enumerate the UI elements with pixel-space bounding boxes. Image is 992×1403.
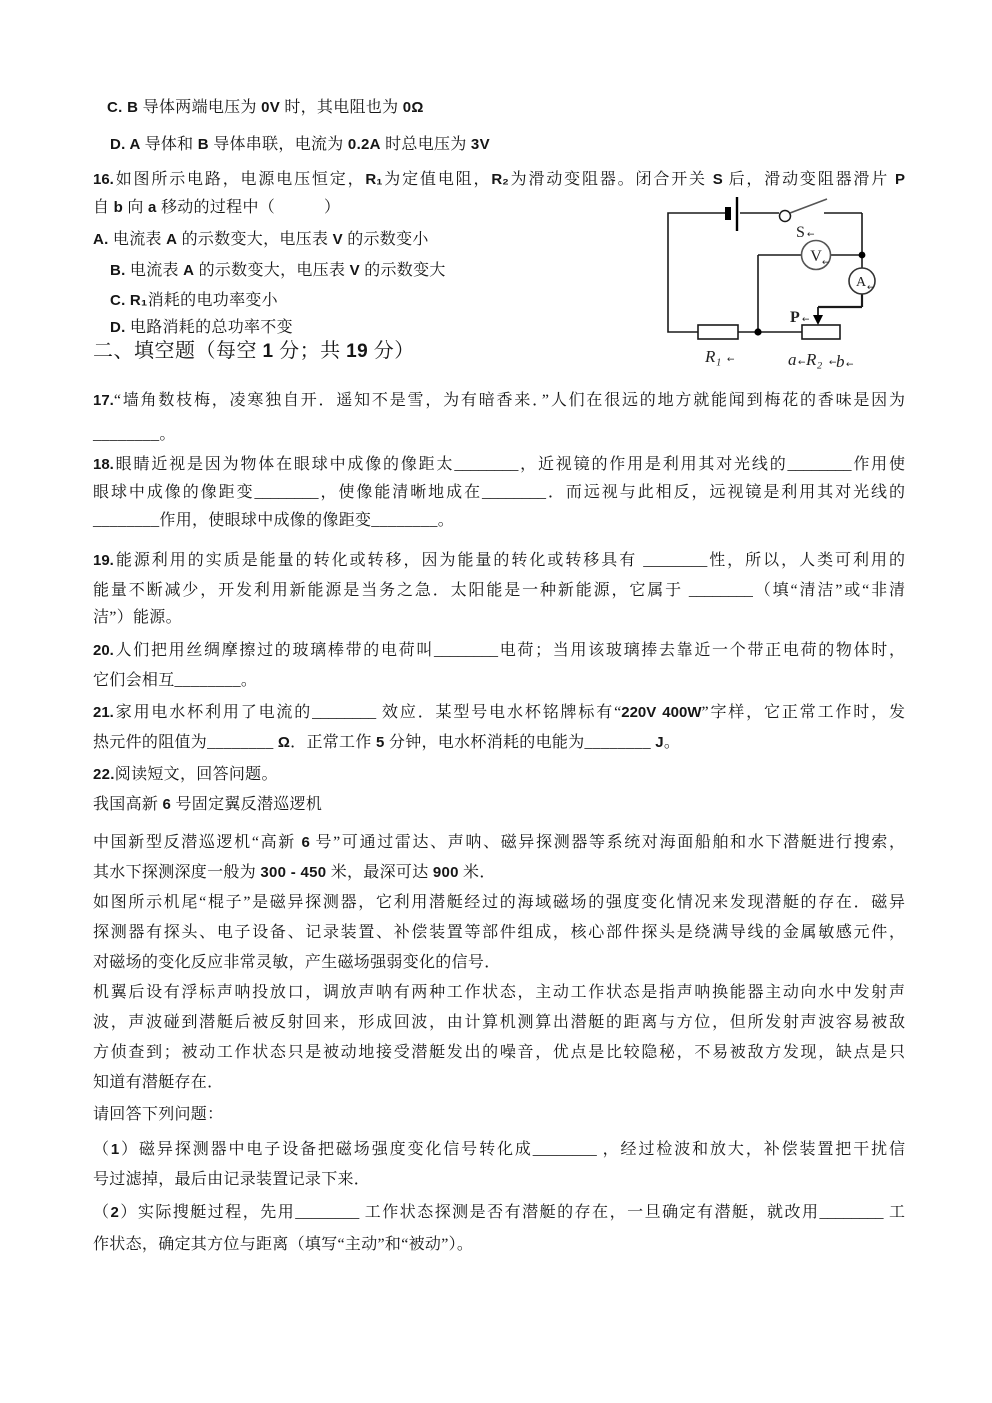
circuit-diagram: S ← V ← A ← P ← R₁ ← a ← R₂ ← b ← [650, 193, 902, 378]
q15-option-c: C. B 导体两端电压为 0V 时，其电阻也为 0Ω [107, 96, 424, 119]
q19-line3: 洁”）能源。 [93, 606, 182, 629]
q22-para3-line1: 机翼后设有浮标声呐投放口，调放声呐有两种工作状态，主动工作状态是指声呐换能器主动… [93, 981, 905, 1004]
q21-line2: 热元件的阻值为________ Ω．正常工作 5 分钟，电水杯消耗的电能为___… [93, 731, 680, 754]
q22-para1-line1: 中国新型反潜巡逻机“高新 6 号”可通过雷达、声呐、磁异探测器等系统对海面船舶和… [93, 831, 905, 854]
terminal-b-label: b [836, 352, 845, 371]
return-mark-icon: ← [807, 230, 815, 240]
return-mark-icon: ← [798, 358, 806, 368]
resistor2-label: R₂ [805, 350, 822, 369]
q16-option-d: D. 电路消耗的总功率不变 [110, 316, 293, 339]
return-mark-icon: ← [727, 355, 735, 365]
q16-option-c: C. R₁消耗的电功率变小 [110, 289, 278, 312]
q22-para3-line3: 方侦查到；被动工作状态只是被动地接受潜艇发出的噪音，优点是比较隐秘，不易被敌方发… [93, 1041, 905, 1064]
slider-arrow-icon [813, 315, 823, 325]
battery-symbol [725, 197, 737, 231]
q21-line1: 21.家用电水杯利用了电流的________ 效应．某型号电水杯铭牌标有“220… [93, 701, 905, 724]
q17-line1: 17.“墙角数枝梅，凌寒独自开．遥知不是雪，为有暗香来．”人们在很远的地方就能闻… [93, 389, 905, 412]
junction-dot [754, 328, 761, 335]
section2-heading: 二、填空题（每空 1 分；共 19 分） [93, 340, 415, 363]
q22-para1-line2: 其水下探测深度一般为 300 - 450 米，最深可达 900 米． [93, 861, 496, 884]
q16-option-b: B. 电流表 A 的示数变大，电压表 V 的示数变大 [110, 259, 446, 282]
q16-stem-line2: 自 b 向 a 移动的过程中（ ） [93, 196, 340, 219]
exam-document-page: C. B 导体两端电压为 0V 时，其电阻也为 0Ω D. A 导体和 B 导体… [0, 0, 992, 1403]
q19-line1: 19.能源利用的实质是能量的转化或转移，因为能量的转化或转移具有 _______… [93, 549, 905, 572]
return-mark-icon: ← [867, 283, 875, 293]
switch-label: S [796, 224, 805, 241]
q15-option-d: D. A 导体和 B 导体串联，电流为 0.2A 时总电压为 3V [110, 133, 490, 156]
resistor1-label: R₁ [704, 347, 721, 366]
q22-prompt: 请回答下列问题： [93, 1103, 223, 1126]
wire-left [668, 213, 725, 332]
switch-symbol [780, 199, 828, 222]
q22-intro: 22.阅读短文，回答问题。 [93, 763, 278, 786]
voltmeter-label: V [810, 248, 822, 265]
q22-para3-line4: 知道有潜艇存在． [93, 1071, 223, 1094]
rheostat-r2 [802, 325, 840, 339]
q19-line2: 能量不断减少，开发利用新能源是当务之急．太阳能是一种新能源，它属于 ______… [93, 579, 905, 602]
q18-line3: ________作用，使眼球中成像的像距变________。 [93, 509, 454, 532]
q18-line1: 18.眼睛近视是因为物体在眼球中成像的像距太________，近视镜的作用是利用… [93, 453, 905, 476]
junction-dot [859, 252, 866, 259]
q20-line1: 20.人们把用丝绸摩擦过的玻璃棒带的电荷叫________电荷；当用该玻璃捧去靠… [93, 639, 905, 662]
ammeter-label: A [856, 275, 867, 290]
slider-label: P [790, 309, 800, 326]
q17-line2: ________。 [93, 423, 176, 446]
q20-line2: 它们会相互________。 [93, 669, 257, 692]
q22-sub2-line2: 作状态，确定其方位与距离（填写“主动”和“被动”）。 [93, 1233, 473, 1256]
q16-option-a: A. 电流表 A 的示数变大，电压表 V 的示数变小 [93, 228, 429, 251]
return-mark-icon: ← [846, 360, 854, 370]
q22-para2-line1: 如图所示机尾“棍子”是磁异探测器，它利用潜艇经过的海域磁场的强度变化情况来发现潜… [93, 891, 905, 914]
return-mark-icon: ← [822, 258, 830, 268]
q22-sub2-line1: （2）实际搜艇过程，先用________ 工作状态探测是否有潜艇的存在，一旦确定… [93, 1201, 905, 1224]
q18-line2: 眼球中成像的像距变________，使像能清晰地成在________．而远视与此… [93, 481, 905, 504]
q22-sub1-line1: （1）磁异探测器中电子设备把磁场强度变化信号转化成________ ，经过检波和… [93, 1138, 905, 1161]
q22-para3-line2: 波，声波碰到潜艇后被反射回来，形成回波，由计算机测算出潜艇的距离与方位，但所发射… [93, 1011, 905, 1034]
q22-para2-line2: 探测器有探头、电子设备、记录装置、补偿装置等部件组成，核心部件探头是绕满导线的金… [93, 921, 905, 944]
return-mark-icon: ← [802, 315, 810, 325]
terminal-a-label: a [788, 350, 797, 369]
q16-stem-line1: 16.如图所示电路，电源电压恒定，R₁为定值电阻，R₂为滑动变阻器。闭合开关 S… [93, 168, 905, 191]
q22-sub1-line2: 号过滤掉，最后由记录装置记录下来． [93, 1168, 370, 1191]
resistor-r1 [698, 325, 738, 339]
q22-para2-line3: 对磁场的变化反应非常灵敏，产生磁场强弱变化的信号． [93, 951, 501, 974]
q22-passage-title: 我国高新 6 号固定翼反潜巡逻机 [93, 793, 322, 816]
